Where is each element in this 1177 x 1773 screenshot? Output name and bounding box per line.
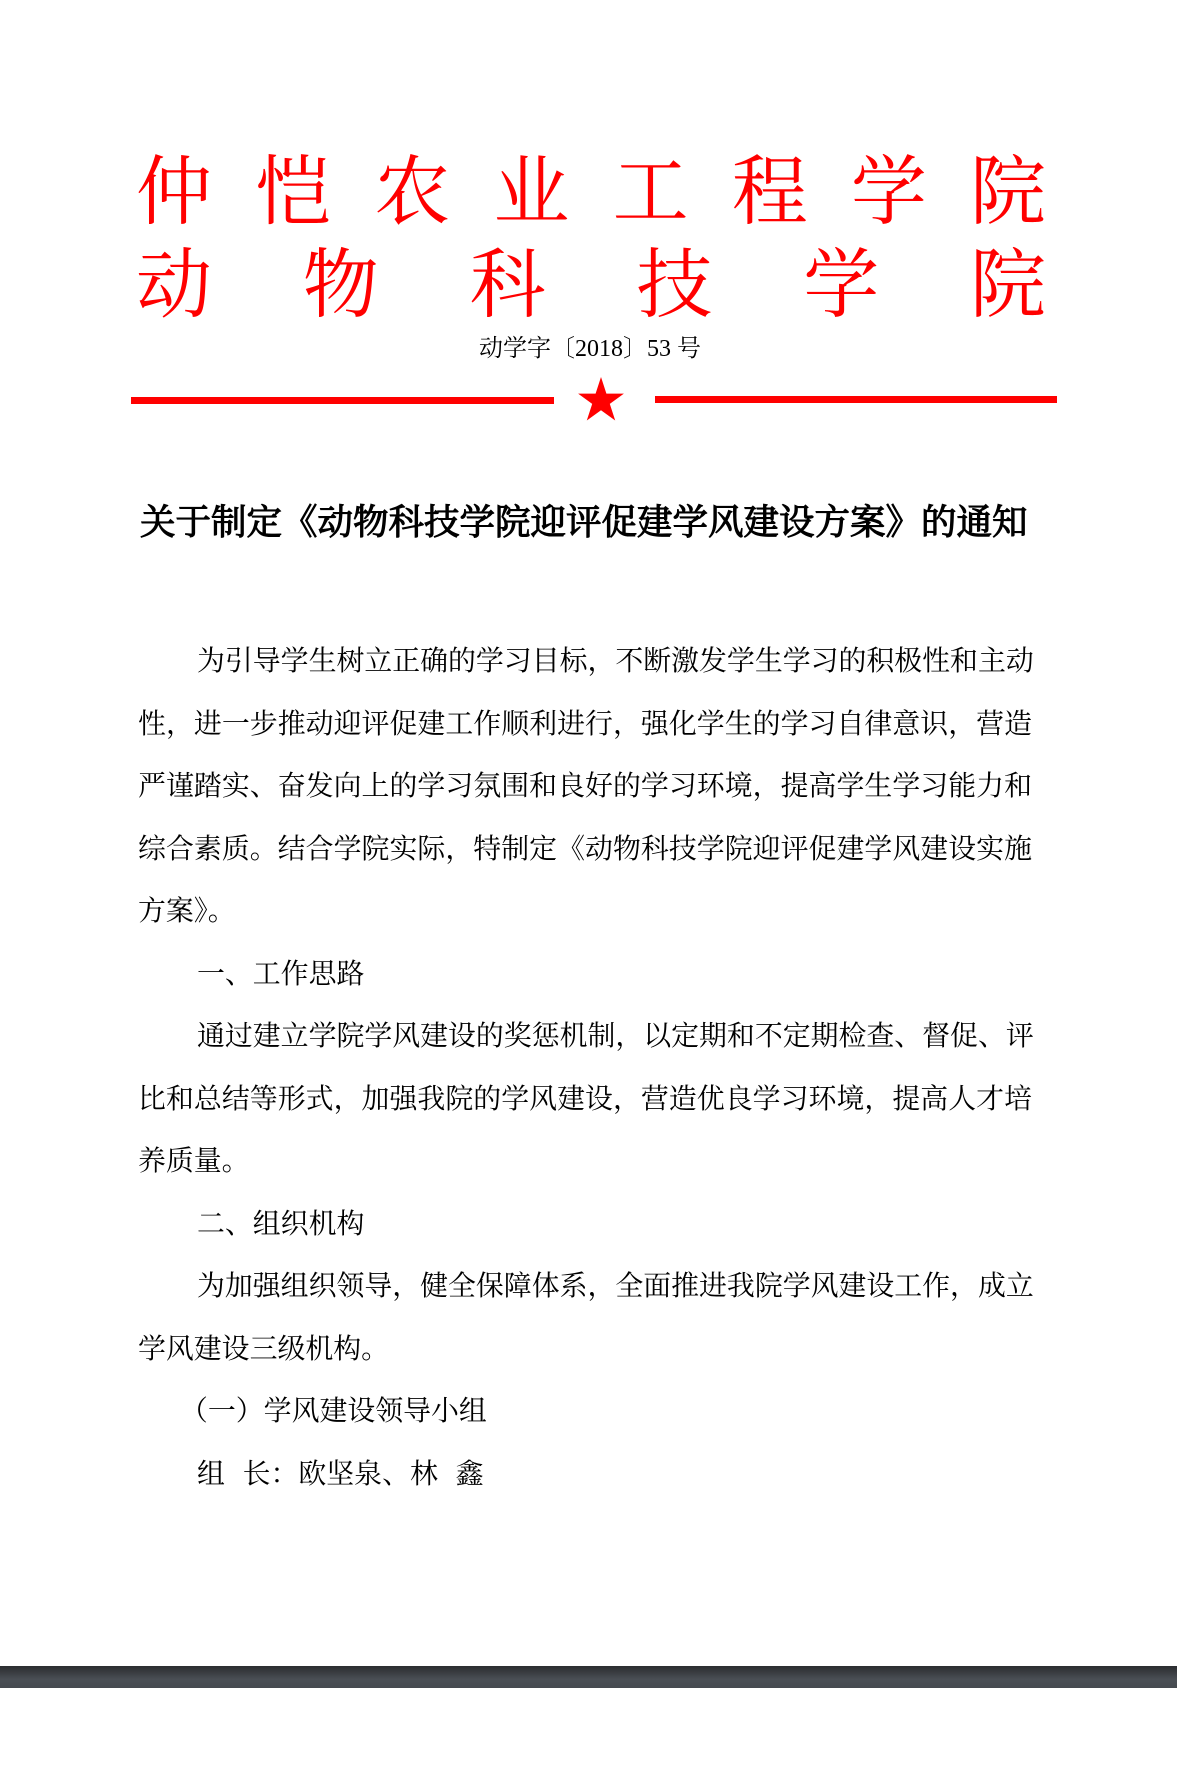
masthead-char: 院: [970, 247, 1046, 323]
document-page: 仲 恺 农 业 工 程 学 院 动 物 科 技 学 院 动学字〔2018〕53 …: [0, 0, 1177, 1666]
body-line: 为引导学生树立正确的学习目标，不断激发学生学习的积极性和主动: [138, 630, 1032, 693]
masthead-char: 技: [636, 247, 712, 323]
section-heading-2: 二、组织机构: [138, 1193, 1032, 1256]
body-line: 比和总结等形式，加强我院的学风建设，营造优良学习环境，提高人才培: [138, 1068, 1032, 1131]
body-line: 通过建立学院学风建设的奖惩机制，以定期和不定期检查、督促、评: [138, 1005, 1032, 1068]
masthead-char: 物: [303, 247, 379, 323]
document-number-text: 动学字〔2018〕53 号: [479, 334, 701, 364]
masthead-char: 恺: [255, 154, 331, 230]
subsection-heading-1: （一）学风建设领导小组: [138, 1380, 1032, 1443]
masthead-char: 仲: [136, 154, 212, 230]
masthead-char: 程: [732, 154, 808, 230]
body-line: 综合素质。结合学院实际，特制定《动物科技学院迎评促建学风建设实施: [138, 818, 1032, 881]
masthead-line-1: 仲 恺 农 业 工 程 学 院: [136, 154, 1046, 230]
body-line: 为加强组织领导，健全保障体系，全面推进我院学风建设工作，成立: [138, 1255, 1032, 1318]
masthead-char: 学: [851, 154, 927, 230]
document-number: 动学字〔2018〕53 号: [0, 334, 1177, 364]
body-line: 方案》。: [138, 880, 1032, 943]
masthead-char: 院: [970, 154, 1046, 230]
body-line: 学风建设三级机构。: [138, 1318, 1032, 1381]
masthead-line-2: 动 物 科 技 学 院: [136, 247, 1046, 323]
page-separator-bar: [0, 1666, 1177, 1688]
masthead-char: 学: [803, 247, 879, 323]
masthead-char: 动: [136, 247, 212, 323]
body-line: 性，进一步推动迎评促建工作顺利进行，强化学生的学习自律意识，营造: [138, 693, 1032, 756]
masthead-char: 业: [493, 154, 569, 230]
masthead-char: 科: [470, 247, 546, 323]
body-line: 养质量。: [138, 1130, 1032, 1193]
section-heading-1: 一、工作思路: [138, 943, 1032, 1006]
star-icon: [578, 377, 624, 421]
next-page-area: [0, 1688, 1177, 1773]
document-body: 为引导学生树立正确的学习目标，不断激发学生学习的积极性和主动 性，进一步推动迎评…: [138, 630, 1032, 1505]
body-line: 严谨踏实、奋发向上的学习氛围和良好的学习环境，提高学生学习能力和: [138, 755, 1032, 818]
red-rule-left: [131, 397, 554, 404]
red-rule-right: [655, 396, 1057, 403]
notice-title: 关于制定《动物科技学院迎评促建学风建设方案》的通知: [140, 502, 1045, 544]
masthead-char: 农: [374, 154, 450, 230]
masthead-char: 工: [613, 154, 689, 230]
leader-line: 组 长：欧坚泉、林 鑫: [138, 1443, 1032, 1506]
